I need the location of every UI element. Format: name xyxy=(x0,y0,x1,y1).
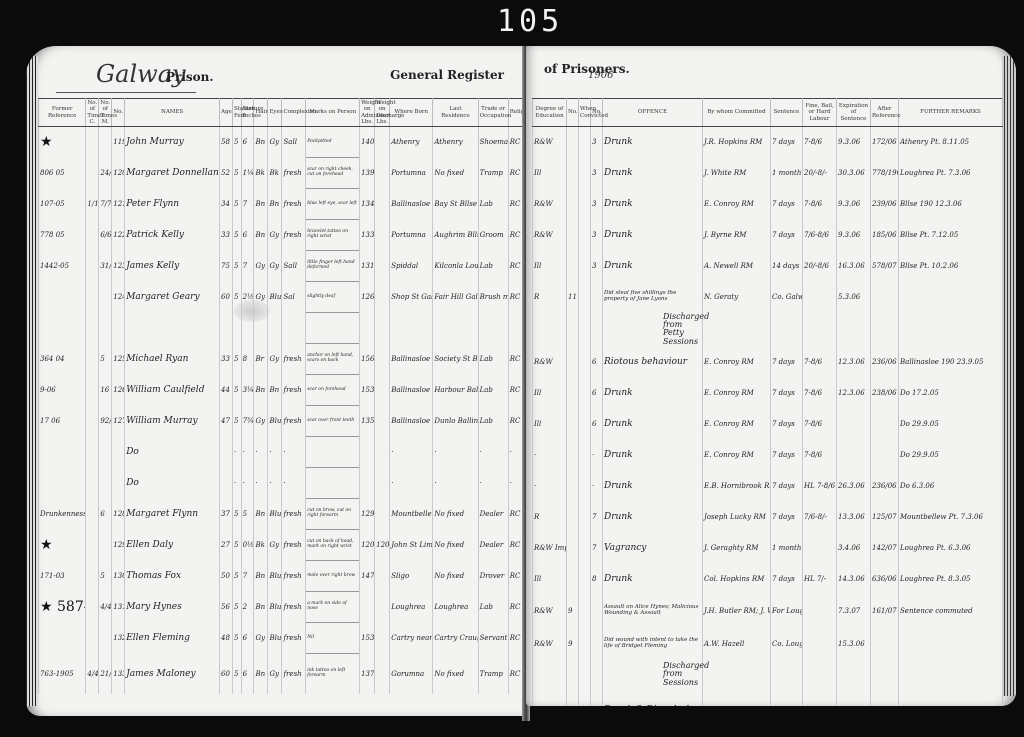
cell-committed: Col. Hopkins RM xyxy=(703,563,771,594)
cell-name: William Caulfield xyxy=(125,375,220,406)
cell-w_out xyxy=(375,189,390,220)
cell-fine: 20/-8/6 xyxy=(803,251,837,282)
cell-in: 8 xyxy=(241,344,254,375)
cell-fine xyxy=(803,690,837,706)
cell-trade: Lab xyxy=(478,592,508,623)
register-row: 806 0524/24120Margaret Donnellan5251¼BkB… xyxy=(39,158,524,189)
cell-hair: · xyxy=(254,468,268,499)
cell-ref: ★ xyxy=(39,530,86,561)
cell-a xyxy=(567,439,579,470)
cell-a xyxy=(567,408,579,439)
cell-committed: E. Conroy RM xyxy=(703,377,771,408)
prison-underline xyxy=(56,92,196,93)
cell-a xyxy=(567,563,579,594)
cell-born: Ballinasloe xyxy=(390,406,433,437)
cell-sentence: 7 days xyxy=(771,127,803,158)
cell-ref: ★ 587-1905 xyxy=(39,592,86,623)
cell-fine xyxy=(803,659,837,690)
cell-a xyxy=(567,501,579,532)
cell-ref xyxy=(39,437,86,468)
register-row: 9-0616126William Caulfield4453¼BnBnfresh… xyxy=(39,375,524,406)
cell-ref: 1442-05 xyxy=(39,251,86,282)
cell-w_out xyxy=(375,251,390,282)
right-page-edges xyxy=(1002,56,1016,696)
cell-complexion xyxy=(282,313,306,344)
cell-w_in xyxy=(360,592,375,623)
cell-hair: Gy xyxy=(254,623,268,654)
cell-w_out xyxy=(375,127,390,158)
cell-in: 2½ xyxy=(241,282,254,313)
cell-b: 3 xyxy=(591,189,603,220)
cell-c xyxy=(86,468,99,499)
cell-residence: Loughrea xyxy=(433,592,478,623)
cell-m: 6 xyxy=(99,499,112,530)
cell-eyes: · xyxy=(268,468,282,499)
cell-w_in: 153 xyxy=(360,375,375,406)
cell-remarks: Loughrea Pt. 7.3.06 xyxy=(899,158,1003,189)
cell-sentence: 7 days xyxy=(771,220,803,251)
cell-expiration: 16.3.06 xyxy=(837,251,871,282)
cell-marks: Pockpitted xyxy=(306,127,360,158)
cell-name: Mary Hynes xyxy=(125,592,220,623)
cell-age xyxy=(220,437,233,468)
cell-no xyxy=(112,437,125,468)
cell-remarks: Do 17.2.05 xyxy=(899,377,1003,408)
cell-ref: 107-05 xyxy=(39,189,86,220)
cell-a xyxy=(567,532,579,563)
cell-no xyxy=(112,313,125,344)
cell-a xyxy=(567,189,579,220)
register-row xyxy=(39,313,524,344)
cell-committed: J.R. Hopkins RM xyxy=(703,127,771,158)
cell-a xyxy=(567,220,579,251)
cell-w_out xyxy=(375,220,390,251)
col-last-residence: Last Residence xyxy=(433,99,478,127)
cell-when-convicted xyxy=(579,501,591,532)
cell-expiration: 15.3.06 xyxy=(837,628,871,659)
year-annotation: 1906 xyxy=(588,70,613,81)
cell-sentence: For Loughrea Pt.; 12 months xyxy=(771,594,803,628)
cell-a: 9 xyxy=(567,594,579,628)
cell-after_ref: 778/1906 xyxy=(871,158,899,189)
cell-hair: Bn xyxy=(254,189,268,220)
cell-no: 132 xyxy=(112,623,125,654)
cell-c xyxy=(86,375,99,406)
cell-residence: Kilconla Loughrea xyxy=(433,251,478,282)
cell-born: Sligo xyxy=(390,561,433,592)
cell-age: 60 xyxy=(220,282,233,313)
cell-age: 48 xyxy=(220,623,233,654)
cell-edu: R&W xyxy=(533,127,567,158)
cell-ref xyxy=(39,623,86,654)
cell-born: Athenry xyxy=(390,127,433,158)
cell-ft: 5 xyxy=(232,220,241,251)
cell-complexion: Sall xyxy=(282,251,306,282)
cell-after_ref: 578/07 xyxy=(871,251,899,282)
cell-born: Loughrea xyxy=(390,592,433,623)
cell-when-convicted xyxy=(579,628,591,659)
cell-edu xyxy=(533,313,567,347)
col-marks: Marks on Person xyxy=(306,99,360,127)
cell-age: 33 xyxy=(220,344,233,375)
cell-ft: 5 xyxy=(232,654,241,694)
cell-committed xyxy=(703,313,771,347)
cell-age: 58 xyxy=(220,127,233,158)
register-row: Ill6DrunkE. Conroy RM7 days7-8/612.3.062… xyxy=(533,377,1003,408)
cell-fine: 7-8/6 xyxy=(803,439,837,470)
cell-w_out xyxy=(375,406,390,437)
cell-sentence: 7 days xyxy=(771,189,803,220)
cell-trade: Lab xyxy=(478,251,508,282)
cell-c xyxy=(86,592,99,623)
cell-w_in xyxy=(360,313,375,344)
cell-w_out xyxy=(375,592,390,623)
cell-complexion: Sal xyxy=(282,282,306,313)
right-page: of Prisoners. 1906 Degree of Education N… xyxy=(526,46,1016,706)
cell-ft: 5 xyxy=(232,282,241,313)
cell-sentence: 7 days HL xyxy=(771,690,803,706)
cell-residence: No fixed xyxy=(433,561,478,592)
cell-when-convicted xyxy=(579,563,591,594)
cell-eyes: Gy xyxy=(268,220,282,251)
cell-b: 9 xyxy=(591,690,603,706)
cell-complexion: fresh xyxy=(282,375,306,406)
register-row: Do········· xyxy=(39,468,524,499)
register-row: R&W9Assault on Alice Hynes; Malicious Wo… xyxy=(533,594,1003,628)
cell-when-convicted xyxy=(579,659,591,690)
cell-fine: 7-8/6 xyxy=(803,377,837,408)
cell-b: 3 xyxy=(591,220,603,251)
cell-no: 130 xyxy=(112,561,125,592)
cell-complexion: · xyxy=(282,468,306,499)
cell-age: 27 xyxy=(220,530,233,561)
cell-offence: Discharged from Petty Sessions xyxy=(603,313,703,347)
cell-residence: Aughrim Bllse xyxy=(433,220,478,251)
cell-c xyxy=(86,406,99,437)
register-row: 364 045125Michael Ryan3358BrGyfreshancho… xyxy=(39,344,524,375)
cell-eyes: Blue xyxy=(268,623,282,654)
cell-age: 37 xyxy=(220,499,233,530)
cell-age: 52 xyxy=(220,158,233,189)
cell-after_ref xyxy=(871,628,899,659)
cell-hair: Bn xyxy=(254,592,268,623)
cell-fine: HL 7/- xyxy=(803,563,837,594)
cell-b: 3 xyxy=(591,127,603,158)
register-row: R&W6Riotous behaviourE. Conroy RM7 days7… xyxy=(533,346,1003,377)
cell-hair: Gy xyxy=(254,282,268,313)
cell-age: 34 xyxy=(220,189,233,220)
cell-ft: 5 xyxy=(232,158,241,189)
cell-born: · xyxy=(390,468,433,499)
cell-fine: 20/-8/- xyxy=(803,158,837,189)
cell-c xyxy=(86,251,99,282)
col-committed-by: By whom Committed xyxy=(703,99,771,127)
cell-edu: R&W xyxy=(533,628,567,659)
cell-trade: Groom xyxy=(478,220,508,251)
cell-committed: A. Newell RM xyxy=(703,251,771,282)
cell-ref: 9-06 xyxy=(39,375,86,406)
col-trade: Trade or Occupation xyxy=(478,99,508,127)
cell-hair xyxy=(254,313,268,344)
cell-remarks: Do 29.9.05 xyxy=(899,439,1003,470)
cell-name: Thomas Fox xyxy=(125,561,220,592)
cell-in: 7¾ xyxy=(241,406,254,437)
cell-name: William Murray xyxy=(125,406,220,437)
register-row: R11Did steal five shillings the property… xyxy=(533,282,1003,313)
col-inches: Stature Inches xyxy=(241,99,254,127)
col-no-b: No. xyxy=(591,99,603,127)
cell-edu: Ill xyxy=(533,158,567,189)
cell-complexion: fresh xyxy=(282,654,306,694)
cell-c xyxy=(86,561,99,592)
cell-residence: Society St Bllse xyxy=(433,344,478,375)
cell-w_out xyxy=(375,313,390,344)
cell-a: 9 xyxy=(567,628,579,659)
cell-ref: 778 05 xyxy=(39,220,86,251)
cell-no: 124 xyxy=(112,282,125,313)
register-row: ★129Ellen Daly2750½BkGyfreshcut on back … xyxy=(39,530,524,561)
register-row: R&W3DrunkE. Conroy RM7 days7-8/69.3.0623… xyxy=(533,189,1003,220)
register-row: R&W3DrunkJ.R. Hopkins RM7 days7-8/69.3.0… xyxy=(533,127,1003,158)
cell-remarks: Loughrea Pt. 14.12.05 xyxy=(899,690,1003,706)
cell-w_in: 156 xyxy=(360,344,375,375)
cell-born: John St Limerick xyxy=(390,530,433,561)
col-times-m: No. of Times M. xyxy=(99,99,112,127)
cell-w_in: 131 xyxy=(360,251,375,282)
cell-in: 7 xyxy=(241,251,254,282)
cell-eyes: Bn xyxy=(268,375,282,406)
cell-b xyxy=(591,594,603,628)
cell-age: 75 xyxy=(220,251,233,282)
cell-edu: Ill xyxy=(533,408,567,439)
register-row: ··DrunkE.B. Hornibrook RM7 daysHL 7-8/62… xyxy=(533,470,1003,501)
cell-expiration: 14.3.06 xyxy=(837,563,871,594)
col-offence: OFFENCE xyxy=(603,99,703,127)
cell-born: · xyxy=(390,437,433,468)
cell-committed: E. Conroy RM xyxy=(703,346,771,377)
cell-b: 6 xyxy=(591,346,603,377)
cell-eyes: Blue xyxy=(268,499,282,530)
cell-expiration: 15.3.06 xyxy=(837,690,871,706)
cell-edu: R xyxy=(533,282,567,313)
cell-w_in: 134 xyxy=(360,189,375,220)
cell-marks: anchor on left hand, scars on back xyxy=(306,344,360,375)
cell-trade: · xyxy=(478,437,508,468)
cell-committed: E.B. Hornibrook RM xyxy=(703,470,771,501)
cell-eyes: Blue xyxy=(268,406,282,437)
right-register-table: Degree of Education No. When Convicted N… xyxy=(532,98,1003,706)
cell-name: John Murray xyxy=(125,127,220,158)
cell-when-convicted xyxy=(579,220,591,251)
cell-ft xyxy=(232,313,241,344)
cell-expiration xyxy=(837,439,871,470)
cell-trade: Servant xyxy=(478,623,508,654)
cell-in xyxy=(241,313,254,344)
cell-after_ref: 142/07 xyxy=(871,532,899,563)
cell-complexion: fresh xyxy=(282,158,306,189)
cell-born: Spiddal xyxy=(390,251,433,282)
cell-marks: blue left eye, scar left xyxy=(306,189,360,220)
cell-w_out xyxy=(375,437,390,468)
cell-c xyxy=(86,623,99,654)
cell-a xyxy=(567,313,579,347)
cell-edu: · xyxy=(533,439,567,470)
cell-marks: ink tattoo on left forearm xyxy=(306,654,360,694)
cell-edu: R&W xyxy=(533,690,567,706)
cell-remarks: Bllse 190 12.3.06 xyxy=(899,189,1003,220)
cell-m: 21/31 xyxy=(99,654,112,694)
cell-expiration: 30.3.06 xyxy=(837,158,871,189)
cell-sentence: 7 days xyxy=(771,346,803,377)
register-row: ··DrunkE. Conroy RM7 days7-8/6Do 29.9.05 xyxy=(533,439,1003,470)
register-row: Discharged from Petty Sessions xyxy=(533,313,1003,347)
cell-born xyxy=(390,313,433,344)
cell-born: Portumna xyxy=(390,220,433,251)
cell-edu: R&W xyxy=(533,189,567,220)
cell-expiration: 12.3.06 xyxy=(837,346,871,377)
cell-marks: cut on brow, cut on right forearm xyxy=(306,499,360,530)
col-feet: Stature Feet xyxy=(232,99,241,127)
cell-b xyxy=(591,659,603,690)
cell-b: · xyxy=(591,470,603,501)
cell-marks: bracelet tattoo on right wrist xyxy=(306,220,360,251)
page-number: 105 xyxy=(497,4,563,39)
cell-fine: 7/6-8/6 xyxy=(803,220,837,251)
cell-in: 1¼ xyxy=(241,158,254,189)
cell-m xyxy=(99,623,112,654)
cell-edu: R&W Imp xyxy=(533,532,567,563)
cell-b: 3 xyxy=(591,158,603,189)
cell-hair: Bn xyxy=(254,220,268,251)
cell-complexion: fresh xyxy=(282,499,306,530)
cell-age xyxy=(220,313,233,344)
cell-residence: No fixed xyxy=(433,158,478,189)
cell-age: 44 xyxy=(220,375,233,406)
cell-b: 7 xyxy=(591,501,603,532)
cell-born: Mountbellew xyxy=(390,499,433,530)
cell-in: 6 xyxy=(241,654,254,694)
cell-m: 24/24 xyxy=(99,158,112,189)
cell-name: Margaret Donnellan xyxy=(125,158,220,189)
register-title: General Register xyxy=(390,68,504,82)
register-row: Drunkenness, Assault, Robbery6128Margare… xyxy=(39,499,524,530)
cell-after_ref: 125/07 xyxy=(871,501,899,532)
cell-residence xyxy=(433,313,478,344)
left-register-table: Former Reference No. of Times C. No. of … xyxy=(38,98,524,694)
cell-residence: No fixed xyxy=(433,654,478,694)
cell-edu: R&W xyxy=(533,346,567,377)
cell-w_in xyxy=(360,437,375,468)
register-row: Ill6DrunkE. Conroy RM7 days7-8/6Do 29.9.… xyxy=(533,408,1003,439)
cell-remarks: Mountbellew Pt. 7.3.06 xyxy=(899,501,1003,532)
cell-offence: Drunk xyxy=(603,127,703,158)
cell-when-convicted xyxy=(579,439,591,470)
cell-m xyxy=(99,282,112,313)
cell-ft: 5 xyxy=(232,344,241,375)
cell-w_in: 129 xyxy=(360,499,375,530)
cell-w_out: 120 xyxy=(375,530,390,561)
cell-trade: Tramp xyxy=(478,158,508,189)
cell-w_in: 137 xyxy=(360,654,375,694)
cell-when-convicted xyxy=(579,377,591,408)
register-row: Ill8DrunkCol. Hopkins RM7 daysHL 7/-14.3… xyxy=(533,563,1003,594)
ledger-book: Galway Prison. General Register Former R… xyxy=(26,46,1016,726)
cell-trade: Drover xyxy=(478,561,508,592)
cell-w_in: 135 xyxy=(360,406,375,437)
cell-marks: mole over right brow xyxy=(306,561,360,592)
cell-c xyxy=(86,437,99,468)
cell-ft: 5 xyxy=(232,623,241,654)
cell-residence: Harbour Ballinasloe xyxy=(433,375,478,406)
cell-sentence: 7 days xyxy=(771,408,803,439)
col-when-convicted: When Convicted xyxy=(579,99,591,127)
cell-trade: Shoemaker xyxy=(478,127,508,158)
left-page: Galway Prison. General Register Former R… xyxy=(26,46,526,716)
cell-in: · xyxy=(241,468,254,499)
cell-marks: Nil xyxy=(306,623,360,654)
cell-b: 6 xyxy=(591,408,603,439)
cell-ft: 5 xyxy=(232,592,241,623)
cell-m xyxy=(99,468,112,499)
cell-ft: · xyxy=(232,437,241,468)
cell-residence: Cartry Craughwell xyxy=(433,623,478,654)
cell-a: 11 xyxy=(567,282,579,313)
cell-committed: J. White RM xyxy=(703,158,771,189)
cell-marks: little finger left hand deformed xyxy=(306,251,360,282)
cell-hair: Gy xyxy=(254,406,268,437)
register-row: 171-035130Thomas Fox5057BnBluefreshmole … xyxy=(39,561,524,592)
cell-a xyxy=(567,251,579,282)
cell-residence: Fair Hill Galway xyxy=(433,282,478,313)
register-row: R&W9Drunk & DisorderlyE.M. Blake7 days H… xyxy=(533,690,1003,706)
cell-sentence: Co. Galway Pt. xyxy=(771,282,803,313)
cell-hair: Bn xyxy=(254,654,268,694)
cell-sentence: 7 days xyxy=(771,439,803,470)
cell-fine: 7-8/6 xyxy=(803,408,837,439)
cell-expiration: 7.3.07 xyxy=(837,594,871,628)
cell-name: Peter Flynn xyxy=(125,189,220,220)
cell-in: 6 xyxy=(241,127,254,158)
cell-after_ref: 185/06 xyxy=(871,220,899,251)
cell-committed: J. Byrne RM xyxy=(703,220,771,251)
cell-m: 5 xyxy=(99,344,112,375)
cell-no: 127 xyxy=(112,406,125,437)
cell-in: 2 xyxy=(241,592,254,623)
cell-eyes xyxy=(268,313,282,344)
cell-c xyxy=(86,220,99,251)
cell-sentence: 7 days xyxy=(771,377,803,408)
prison-label: Prison. xyxy=(166,70,214,84)
cell-edu: Ill xyxy=(533,377,567,408)
cell-w_out xyxy=(375,282,390,313)
cell-w_out xyxy=(375,158,390,189)
cell-name: Ellen Daly xyxy=(125,530,220,561)
cell-w_in: 147 xyxy=(360,561,375,592)
cell-marks xyxy=(306,468,360,499)
cell-offence: Drunk xyxy=(603,189,703,220)
cell-committed: E. Conroy RM xyxy=(703,408,771,439)
cell-no: 121 xyxy=(112,189,125,220)
cell-a xyxy=(567,346,579,377)
cell-born: Gorumna xyxy=(390,654,433,694)
col-weight-out: Weight on Discharge Lbs. xyxy=(375,99,390,127)
cell-committed: J. Geraghty RM xyxy=(703,532,771,563)
cell-after_ref xyxy=(871,313,899,347)
cell-when-convicted xyxy=(579,158,591,189)
cell-after_ref: 236/06 xyxy=(871,470,899,501)
cell-offence: Drunk xyxy=(603,501,703,532)
cell-fine xyxy=(803,532,837,563)
